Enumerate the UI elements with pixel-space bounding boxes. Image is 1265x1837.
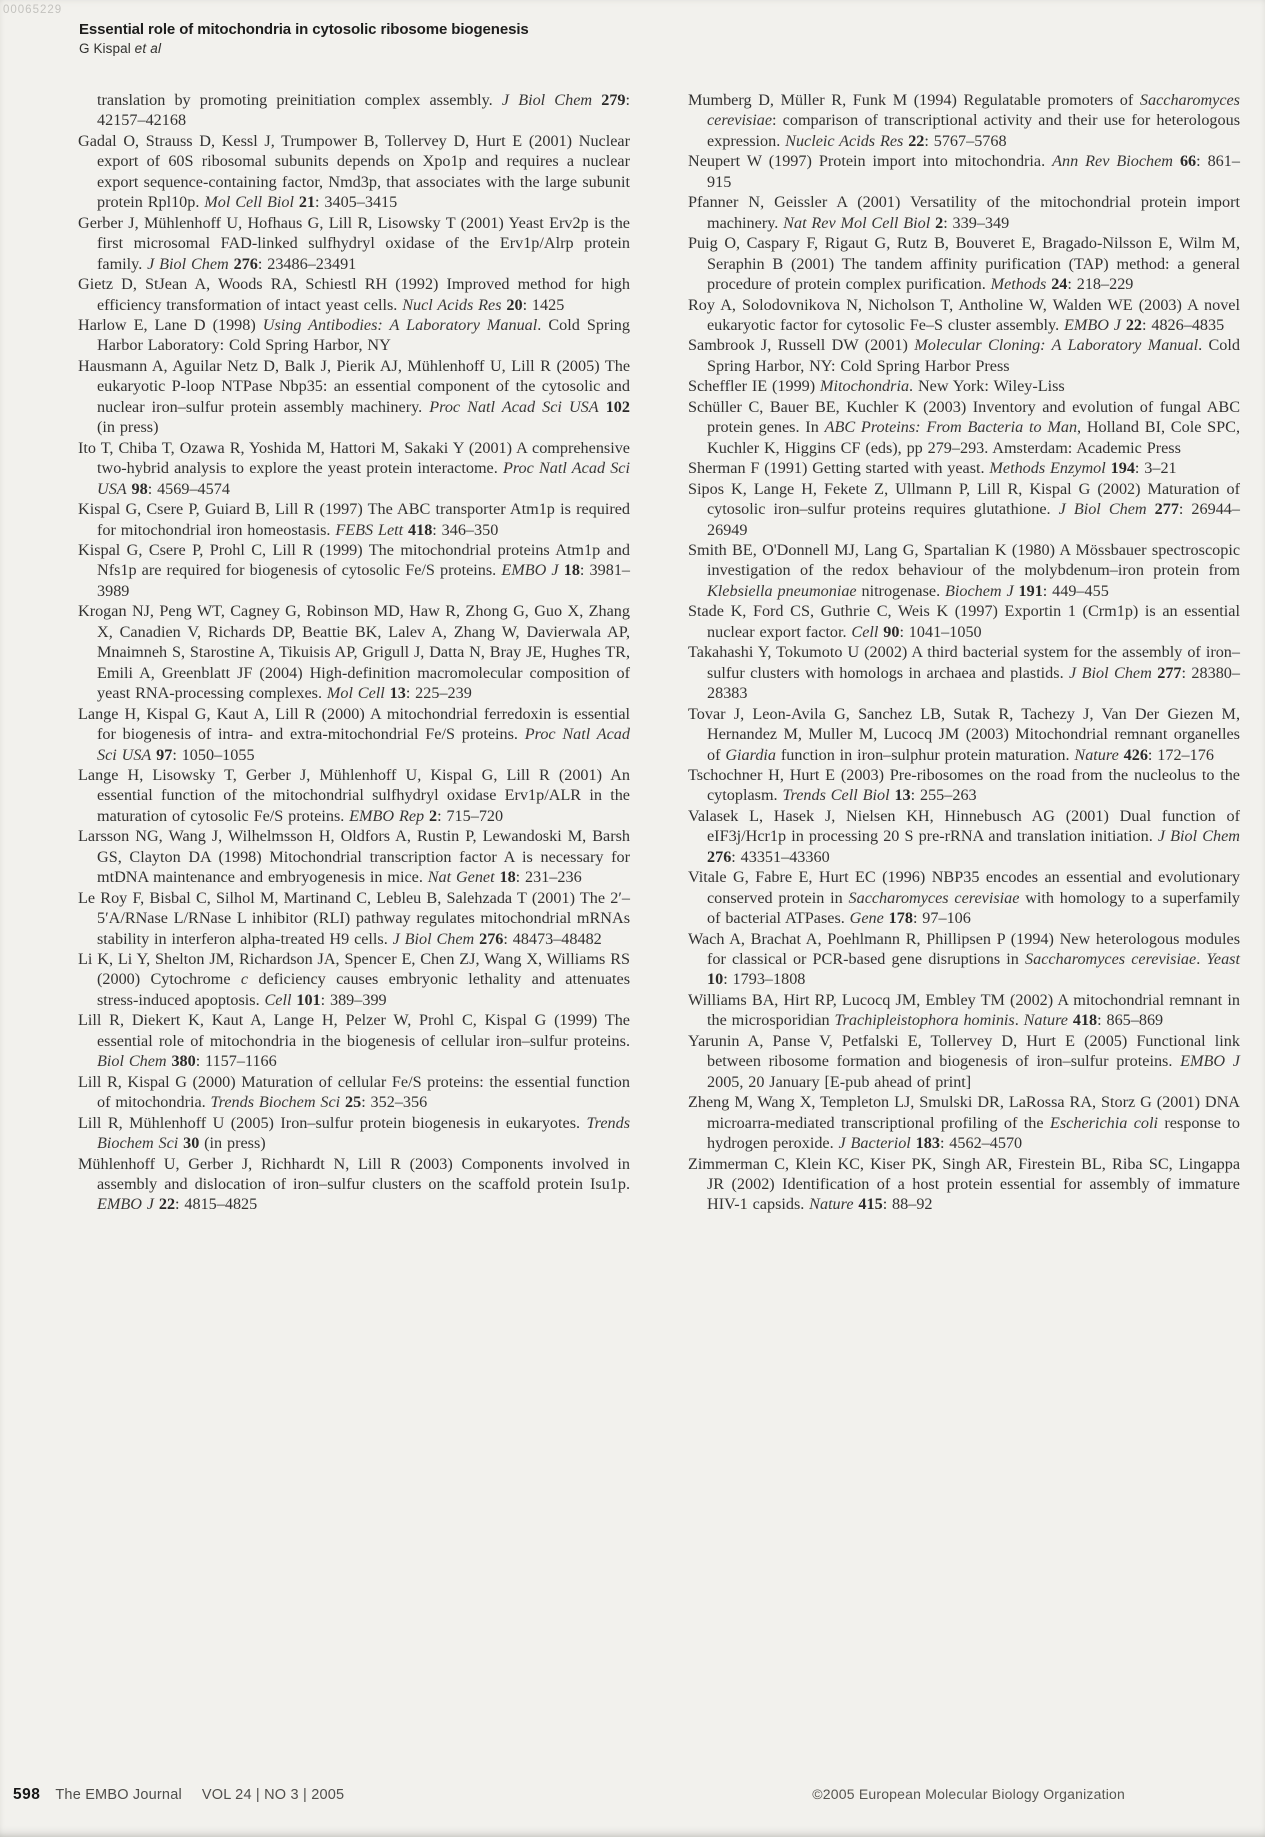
reference-entry: Puig O, Caspary F, Rigaut G, Rutz B, Bou…	[688, 233, 1240, 294]
reference-entry: Schüller C, Bauer BE, Kuchler K (2003) I…	[688, 397, 1240, 458]
page-number: 598	[13, 1786, 40, 1804]
page-footer: 598 The EMBO Journal VOL 24 | NO 3 | 200…	[13, 1786, 1125, 1804]
reference-entry: Hausmann A, Aguilar Netz D, Balk J, Pier…	[78, 356, 630, 438]
reference-entry: Kispal G, Csere P, Guiard B, Lill R (199…	[78, 499, 630, 540]
volume-issue-year: VOL 24 | NO 3 | 2005	[202, 1787, 344, 1803]
references-column-left: translation by promoting preinitiation c…	[78, 90, 630, 1215]
reference-entry: Mühlenhoff U, Gerber J, Richhardt N, Lil…	[78, 1154, 630, 1215]
reference-entry: Larsson NG, Wang J, Wilhelmsson H, Oldfo…	[78, 826, 630, 887]
reference-entry: Gadal O, Strauss D, Kessl J, Trumpower B…	[78, 131, 630, 213]
reference-entry: Sherman F (1991) Getting started with ye…	[688, 458, 1240, 478]
reference-entry: Roy A, Solodovnikova N, Nicholson T, Ant…	[688, 295, 1240, 336]
reference-entry: Kispal G, Csere P, Prohl C, Lill R (1999…	[78, 540, 630, 601]
running-header-title: Essential role of mitochondria in cytoso…	[79, 21, 529, 38]
footer-left-block: 598 The EMBO Journal VOL 24 | NO 3 | 200…	[13, 1786, 344, 1804]
reference-entry: Tovar J, Leon-Avila G, Sanchez LB, Sutak…	[688, 704, 1240, 765]
reference-entry: Le Roy F, Bisbal C, Silhol M, Martinand …	[78, 888, 630, 949]
reference-entry: Gietz D, StJean A, Woods RA, Schiestl RH…	[78, 274, 630, 315]
reference-entry: Vitale G, Fabre E, Hurt EC (1996) NBP35 …	[688, 867, 1240, 928]
reference-entry: Lill R, Diekert K, Kaut A, Lange H, Pelz…	[78, 1010, 630, 1071]
journal-page: 00065229 Essential role of mitochondria …	[0, 0, 1265, 1837]
reference-entry: Takahashi Y, Tokumoto U (2002) A third b…	[688, 642, 1240, 703]
running-header: Essential role of mitochondria in cytoso…	[79, 21, 529, 56]
copyright-notice: ©2005 European Molecular Biology Organiz…	[812, 1786, 1125, 1802]
reference-entry: Yarunin A, Panse V, Petfalski E, Tollerv…	[688, 1031, 1240, 1092]
reference-entry: Mumberg D, Müller R, Funk M (1994) Regul…	[688, 90, 1240, 151]
reference-entry: Krogan NJ, Peng WT, Cagney G, Robinson M…	[78, 601, 630, 703]
reference-entry: Stade K, Ford CS, Guthrie C, Weis K (199…	[688, 601, 1240, 642]
reference-entry: Lange H, Lisowsky T, Gerber J, Mühlenhof…	[78, 765, 630, 826]
references-section: translation by promoting preinitiation c…	[78, 90, 1240, 1215]
reference-entry: Ito T, Chiba T, Ozawa R, Yoshida M, Hatt…	[78, 438, 630, 499]
reference-entry: Pfanner N, Geissler A (2001) Versatility…	[688, 192, 1240, 233]
reference-entry: Li K, Li Y, Shelton JM, Richardson JA, S…	[78, 949, 630, 1010]
journal-name: The EMBO Journal	[55, 1787, 182, 1803]
scan-number: 00065229	[3, 4, 62, 16]
running-header-authors: G Kispal et al	[79, 41, 529, 56]
reference-entry: Lill R, Mühlenhoff U (2005) Iron–sulfur …	[78, 1113, 630, 1154]
reference-entry: Sipos K, Lange H, Fekete Z, Ullmann P, L…	[688, 479, 1240, 540]
reference-entry: Harlow E, Lane D (1998) Using Antibodies…	[78, 315, 630, 356]
reference-entry: Scheffler IE (1999) Mitochondria. New Yo…	[688, 376, 1240, 396]
reference-entry: Zimmerman C, Klein KC, Kiser PK, Singh A…	[688, 1154, 1240, 1215]
references-column-right: Mumberg D, Müller R, Funk M (1994) Regul…	[688, 90, 1240, 1215]
reference-entry: Gerber J, Mühlenhoff U, Hofhaus G, Lill …	[78, 213, 630, 274]
reference-entry: translation by promoting preinitiation c…	[78, 90, 630, 131]
reference-entry: Valasek L, Hasek J, Nielsen KH, Hinnebus…	[688, 806, 1240, 867]
reference-entry: Neupert W (1997) Protein import into mit…	[688, 151, 1240, 192]
reference-entry: Williams BA, Hirt RP, Lucocq JM, Embley …	[688, 990, 1240, 1031]
reference-entry: Zheng M, Wang X, Templeton LJ, Smulski D…	[688, 1092, 1240, 1153]
reference-entry: Tschochner H, Hurt E (2003) Pre-ribosome…	[688, 765, 1240, 806]
reference-entry: Sambrook J, Russell DW (2001) Molecular …	[688, 335, 1240, 376]
reference-entry: Lill R, Kispal G (2000) Maturation of ce…	[78, 1072, 630, 1113]
reference-entry: Wach A, Brachat A, Poehlmann R, Phillips…	[688, 929, 1240, 990]
reference-entry: Smith BE, O'Donnell MJ, Lang G, Spartali…	[688, 540, 1240, 601]
reference-entry: Lange H, Kispal G, Kaut A, Lill R (2000)…	[78, 704, 630, 765]
